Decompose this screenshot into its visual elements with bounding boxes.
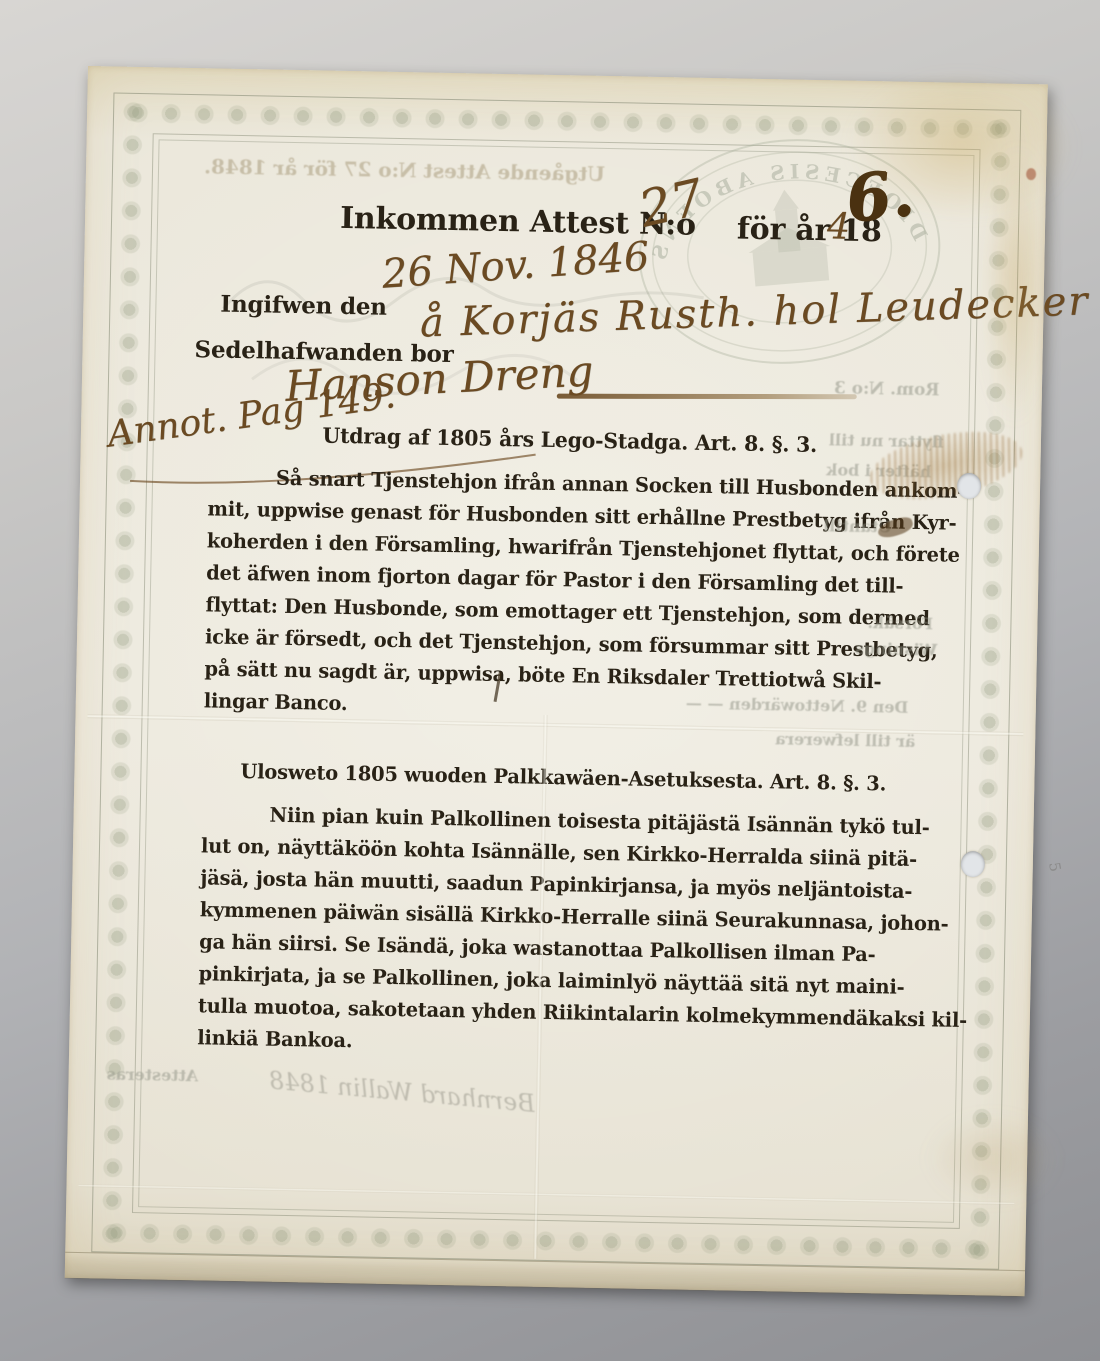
swedish-paragraph: Så snart Tjenstehjon ifrån annan Socken …	[204, 460, 929, 730]
red-speck	[1026, 168, 1036, 180]
handwritten-year-digit: 4	[827, 206, 851, 247]
handwritten-dash	[557, 394, 857, 400]
bleedthrough-word: Utantill	[823, 516, 892, 536]
bleedthrough-word: häfter i bok	[826, 460, 931, 481]
finnish-paragraph: Niin pian kuin Palkollinen toisesta pitä…	[197, 797, 922, 1067]
attest-paper-sheet: DIOECESIS ABOENSIS Utgående Attest N:o 2…	[65, 66, 1048, 1296]
bleedthrough-word: flyttar nu till	[829, 430, 944, 451]
desk-pencil-mark: 5	[1045, 861, 1064, 874]
bleedthrough-word: Wisnings	[855, 639, 938, 660]
handwritten-year-flourish: 6.	[842, 155, 917, 237]
bleedthrough-word: är till lefwerera	[775, 729, 915, 751]
bleedthrough-word: Rom. N:o 3	[834, 378, 940, 400]
label-ingifwen-den: Ingifwen den	[220, 291, 387, 321]
photo-of-document: DIOECESIS ABOENSIS Utgående Attest N:o 2…	[0, 0, 1100, 1361]
bleedthrough-word: Attesteras	[106, 1065, 198, 1086]
bleedthrough-word: Försäk.	[867, 613, 933, 633]
